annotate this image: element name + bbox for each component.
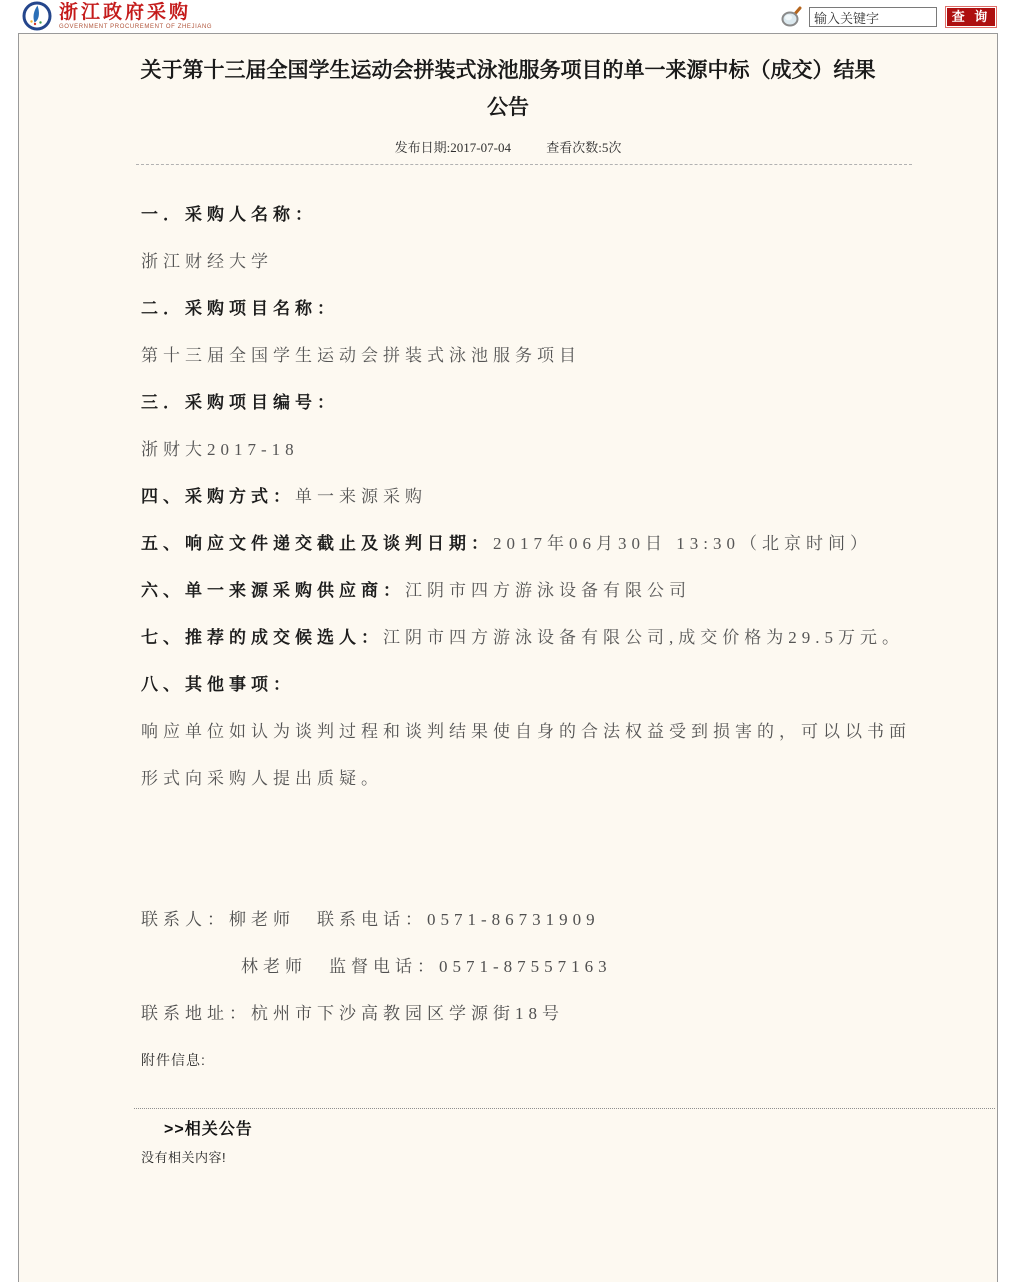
section-6-value: 江阴市四方游泳设备有限公司 xyxy=(405,581,691,600)
contact-address: 联系地址：杭州市下沙高教园区学源街18号 xyxy=(141,990,913,1037)
section-7-heading: 七、推荐的成交候选人： xyxy=(141,628,383,647)
section-8-paragraph: 响应单位如认为谈判过程和谈判结果使自身的合法权益受到损害的，可以以书面形式向采购… xyxy=(141,708,913,802)
contact-block: 联系人：柳老师 联系电话：0571-86731909 林老师 监督电话：0571… xyxy=(141,896,913,1084)
view-count: 查看次数:5次 xyxy=(546,140,621,155)
announcement-panel: 关于第十三届全国学生运动会拼装式泳池服务项目的单一来源中标（成交）结果公告 发布… xyxy=(18,33,998,1282)
section-7-line: 七、推荐的成交候选人：江阴市四方游泳设备有限公司,成交价格为29.5万元。 xyxy=(141,614,913,661)
section-7-value: 江阴市四方游泳设备有限公司,成交价格为29.5万元。 xyxy=(383,628,904,647)
logo-subtitle: GOVERNMENT PROCUREMENT OF ZHEJIANG xyxy=(59,24,212,30)
section-3-value: 浙财大2017-18 xyxy=(141,426,913,473)
section-1-value: 浙江财经大学 xyxy=(141,238,913,285)
section-4-value: 单一来源采购 xyxy=(295,487,427,506)
section-3-heading: 三．采购项目编号： xyxy=(141,379,913,426)
section-2-heading: 二．采购项目名称： xyxy=(141,285,913,332)
announcement-title: 关于第十三届全国学生运动会拼装式泳池服务项目的单一来源中标（成交）结果公告 xyxy=(136,52,881,126)
site-header: 浙江政府采购 GOVERNMENT PROCUREMENT OF ZHEJIAN… xyxy=(0,0,1019,33)
section-4-heading: 四、采购方式： xyxy=(141,487,295,506)
search-input[interactable] xyxy=(809,7,937,27)
publish-date: 发布日期:2017-07-04 xyxy=(395,140,511,155)
related-announcements: >>相关公告 没有相关内容! xyxy=(134,1108,995,1166)
magnifier-icon xyxy=(780,5,804,29)
related-heading: >>相关公告 xyxy=(134,1116,995,1139)
section-8-heading: 八、其他事项： xyxy=(141,661,913,708)
section-5-value: 2017年06月30日 13:30（北京时间） xyxy=(493,534,872,553)
title-separator xyxy=(136,164,912,165)
announcement-meta: 发布日期:2017-07-04 查看次数:5次 xyxy=(19,137,997,156)
section-2-value: 第十三届全国学生运动会拼装式泳池服务项目 xyxy=(141,332,913,379)
section-4-line: 四、采购方式：单一来源采购 xyxy=(141,473,913,520)
section-5-heading: 五、响应文件递交截止及谈判日期： xyxy=(141,534,493,553)
search-button[interactable]: 查 询 xyxy=(945,6,997,28)
contact-line-1: 联系人：柳老师 联系电话：0571-86731909 xyxy=(141,896,913,943)
section-6-line: 六、单一来源采购供应商：江阴市四方游泳设备有限公司 xyxy=(141,567,913,614)
attachment-label: 附件信息: xyxy=(141,1037,913,1084)
header-search: 查 询 xyxy=(780,5,997,29)
logo-sail-icon xyxy=(22,1,52,31)
section-1-heading: 一．采购人名称： xyxy=(141,191,913,238)
logo-title: 浙江政府采购 xyxy=(59,3,212,23)
related-empty-text: 没有相关内容! xyxy=(134,1147,995,1166)
section-6-heading: 六、单一来源采购供应商： xyxy=(141,581,405,600)
logo-text: 浙江政府采购 GOVERNMENT PROCUREMENT OF ZHEJIAN… xyxy=(59,1,212,30)
contact-line-2: 林老师 监督电话：0571-87557163 xyxy=(141,943,913,990)
announcement-body: 一．采购人名称： 浙江财经大学 二．采购项目名称： 第十三届全国学生运动会拼装式… xyxy=(141,191,913,802)
section-5-line: 五、响应文件递交截止及谈判日期：2017年06月30日 13:30（北京时间） xyxy=(141,520,913,567)
site-logo[interactable]: 浙江政府采购 GOVERNMENT PROCUREMENT OF ZHEJIAN… xyxy=(22,1,212,31)
